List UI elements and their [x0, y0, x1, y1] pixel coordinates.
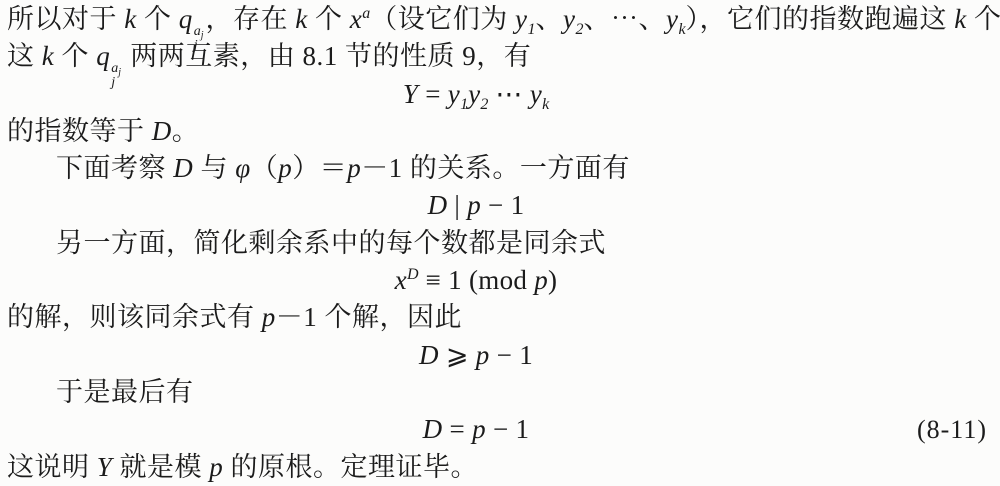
math-run: 2	[480, 96, 488, 113]
text-run: （	[251, 153, 279, 183]
math-stack: qajj	[179, 4, 206, 34]
math-run: 1	[527, 21, 535, 38]
math-run: p	[347, 153, 361, 183]
text-run: ⩾	[439, 340, 476, 370]
text-run: 下面考察	[56, 153, 173, 183]
math-run: D	[173, 153, 193, 183]
formula-line: D ⩾ p − 1	[0, 337, 1000, 374]
math-run: k	[295, 4, 307, 34]
text-run: ）＝	[292, 153, 347, 183]
math-run: 1	[460, 96, 468, 113]
text-run: －1 个解，因此	[276, 302, 462, 332]
math-run: p	[472, 414, 486, 444]
math-run: a	[362, 5, 370, 22]
text-line: 所以对于 k 个 qajj，存在 k 个 xa（设它们为 y1、y2、⋯、yk）…	[0, 1, 1000, 38]
text-run: 这	[7, 41, 42, 71]
text-run: )	[548, 265, 557, 295]
text-run: 的解，则该同余式有	[7, 302, 262, 332]
text-run: − 1	[486, 414, 529, 444]
text-run: 、	[535, 4, 563, 34]
math-run: y	[530, 79, 542, 109]
math-run: D	[423, 414, 443, 444]
math-run: x	[350, 4, 362, 34]
math-run: D	[407, 266, 419, 283]
text-line: 下面考察 D 与 φ（p）＝p－1 的关系。一方面有	[0, 150, 1000, 187]
text-run: ⋯	[488, 79, 529, 109]
math-run: Y	[403, 79, 418, 109]
math-run: y	[468, 79, 480, 109]
math-run: p	[467, 190, 481, 220]
text-run: =	[442, 414, 472, 444]
text-run: 。	[172, 116, 200, 146]
text-line: 的解，则该同余式有 p－1 个解，因此	[0, 299, 1000, 336]
math-run: D	[419, 340, 439, 370]
math-run: φ	[235, 153, 250, 183]
formula-line: xD ≡ 1 (mod p)	[0, 262, 1000, 299]
text-line: 的指数等于 D。	[0, 113, 1000, 150]
text-run: =	[418, 79, 448, 109]
text-line: 这 k 个 qajj 两两互素，由 8.1 节的性质 9，有	[0, 38, 1000, 75]
math-run: y	[666, 4, 678, 34]
math-run: k	[678, 21, 685, 38]
formula-line: D = p − 1(8-11)	[0, 411, 1000, 448]
text-run: 个	[54, 41, 96, 71]
math-run: k	[542, 96, 549, 113]
text-run: 的原根。定理证毕。	[223, 452, 478, 482]
math-run: p	[262, 302, 276, 332]
text-run: ，存在	[206, 4, 296, 34]
math-run: D	[152, 116, 172, 146]
math-run: y	[448, 79, 460, 109]
math-run: p	[278, 153, 292, 183]
text-run: 与	[193, 153, 235, 183]
text-run: − 1	[490, 340, 533, 370]
textbook-page: 所以对于 k 个 qajj，存在 k 个 xa（设它们为 y1、y2、⋯、yk）…	[0, 0, 1000, 486]
math-run: p	[209, 452, 223, 482]
math-run: p	[476, 340, 490, 370]
formula-line: D | p − 1	[0, 187, 1000, 224]
formula-line: Y = y1y2 ⋯ yk	[0, 76, 1000, 113]
text-run: 就是模	[112, 452, 209, 482]
text-run: －1 的关系。一方面有	[361, 153, 630, 183]
text-line: 于是最后有	[0, 374, 1000, 411]
text-run: ≡ 1 (mod	[419, 265, 535, 295]
text-run: （设它们为	[370, 4, 515, 34]
text-run: 个	[137, 4, 179, 34]
text-run: 两两互素，由 8.1 节的性质 9，有	[123, 41, 531, 71]
math-run: D	[428, 190, 448, 220]
text-run: |	[447, 190, 467, 220]
text-line: 另一方面，简化剩余系中的每个数都是同余式	[0, 225, 1000, 262]
text-run: ），它们的指数跑遍这	[686, 4, 955, 34]
math-run: k	[42, 41, 54, 71]
math-run: y	[515, 4, 527, 34]
document-body: 所以对于 k 个 qajj，存在 k 个 xa（设它们为 y1、y2、⋯、yk）…	[0, 1, 1000, 486]
math-run: Y	[97, 452, 113, 482]
math-run: k	[124, 4, 136, 34]
text-run: 个	[967, 4, 1000, 34]
math-run: 2	[575, 21, 583, 38]
math-run: y	[563, 4, 575, 34]
text-run: 于是最后有	[56, 377, 194, 407]
text-run: 这说明	[7, 452, 97, 482]
text-run: 个	[308, 4, 350, 34]
text-run: 、⋯、	[583, 4, 666, 34]
text-run: 另一方面，简化剩余系中的每个数都是同余式	[56, 228, 606, 258]
math-run: p	[534, 265, 548, 295]
text-run: − 1	[481, 190, 524, 220]
text-run: 的指数等于	[7, 116, 152, 146]
equation-number: (8-11)	[917, 411, 987, 448]
text-line: 这说明 Y 就是模 p 的原根。定理证毕。	[0, 449, 1000, 486]
math-run: x	[395, 265, 407, 295]
math-stack: qajj	[96, 41, 123, 71]
text-run: 所以对于	[7, 4, 124, 34]
math-run: k	[954, 4, 966, 34]
